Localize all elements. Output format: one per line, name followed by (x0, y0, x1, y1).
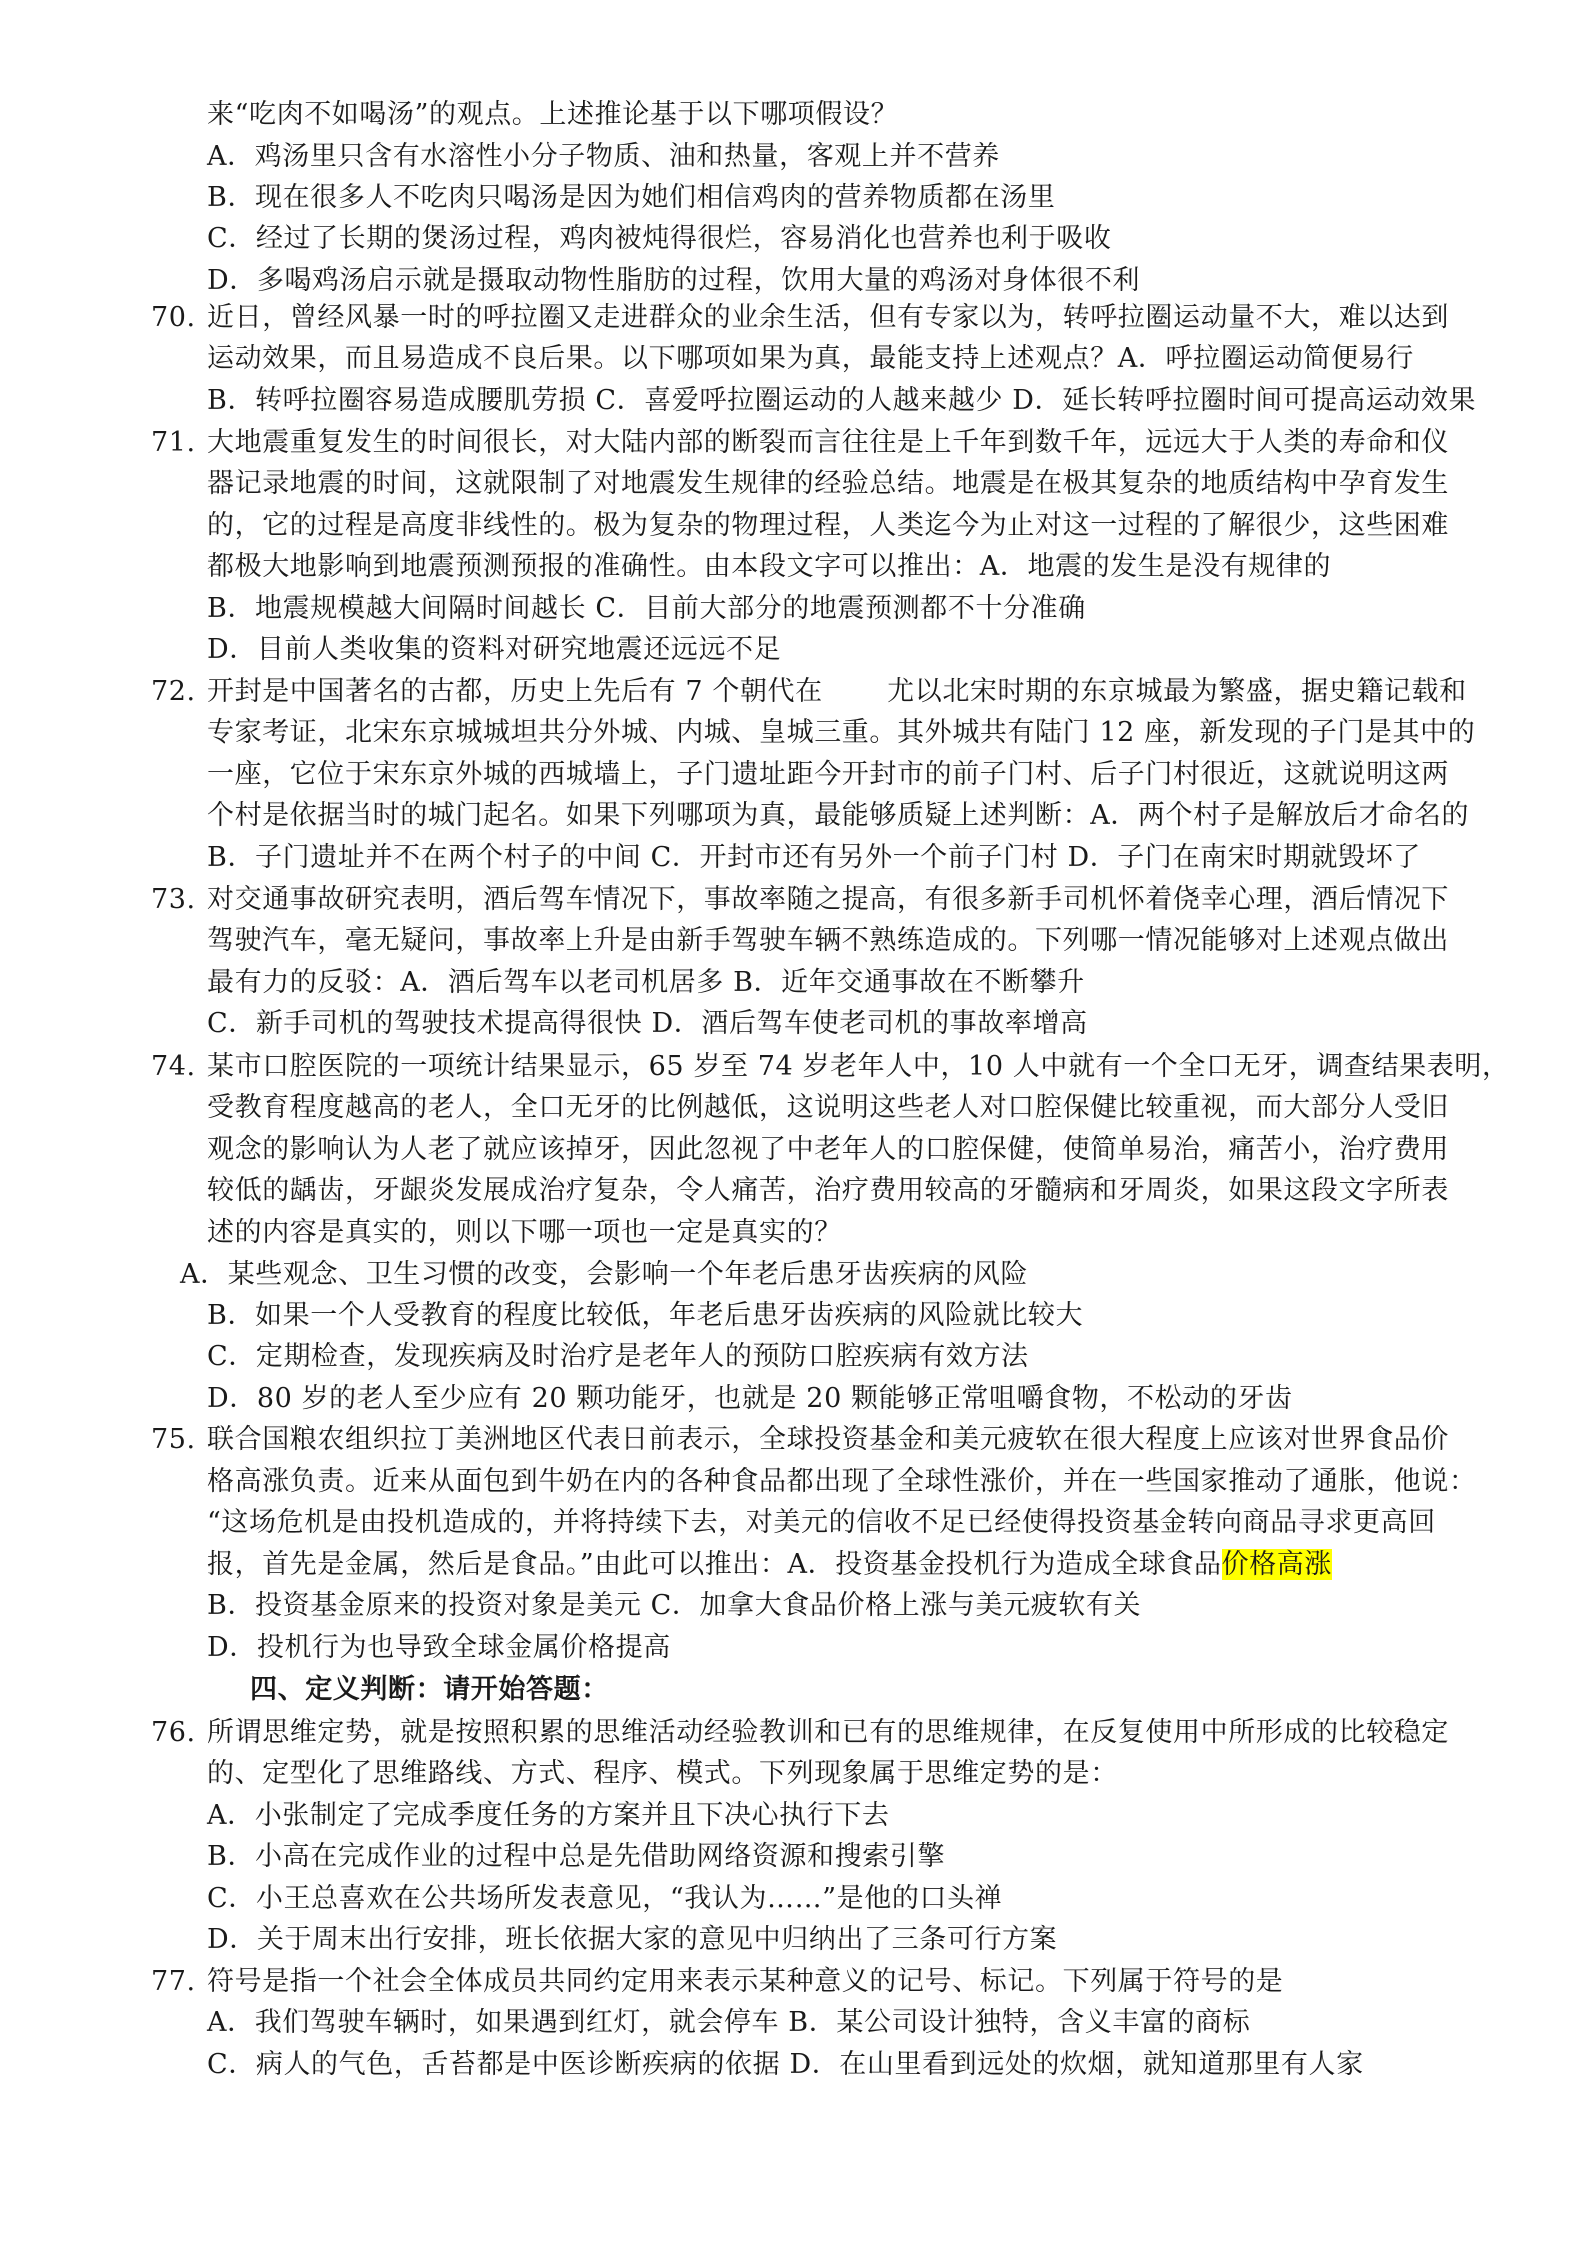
q71-options: B．地震规模越大间隔时间越长 C．目前大部分的地震预测都不十分准确 (207, 592, 1086, 626)
q72-line: 专家考证，北宋东京城城坦共分外城、内城、皇城三重。其外城共有陆门 12 座，新发… (207, 716, 1475, 750)
question-72: 72.开封是中国著名的古都，历史上先后有 7 个朝代在 尤以北宋时期的东京城最为… (151, 675, 1467, 709)
q69-option-b: B．现在很多人不吃肉只喝汤是因为她们相信鸡肉的营养物质都在汤里 (207, 181, 1055, 215)
q74-line: 观念的影响认为人老了就应该掉牙，因此忽视了中老年人的口腔保健，使简单易治，痛苦小… (207, 1133, 1449, 1167)
document-page: 来“吃肉不如喝汤”的观点。上述推论基于以下哪项假设？ A．鸡汤里只含有水溶性小分… (0, 0, 1594, 2252)
q74-line: 某市口腔医院的一项统计结果显示，65 岁至 74 岁老年人中，10 人中就有一个… (207, 1051, 1510, 1082)
q75-line: 联合国粮农组织拉丁美洲地区代表日前表示，全球投资基金和美元疲软在很大程度上应该对… (207, 1424, 1449, 1455)
question-number: 73. (151, 883, 207, 917)
q75-line: 格高涨负责。近来从面包到牛奶在内的各种食品都出现了全球性涨价，并在一些国家推动了… (207, 1465, 1477, 1499)
q72-line: 一座，它位于宋东京外城的西城墙上，子门遗址距今开封市的前子门村、后子门村很近，这… (207, 758, 1449, 792)
q74-option-d: D．80 岁的老人至少应有 20 颗功能牙，也就是 20 颗能够正常咀嚼食物，不… (207, 1382, 1293, 1416)
q72-line: 开封是中国著名的古都，历史上先后有 7 个朝代在 尤以北宋时期的东京城最为繁盛，… (207, 676, 1467, 707)
q74-option-c: C．定期检查，发现疾病及时治疗是老年人的预防口腔疾病有效方法 (207, 1340, 1029, 1374)
question-number: 77. (151, 1965, 207, 1999)
q71-line: 都极大地影响到地震预测预报的准确性。由本段文字可以推出：A．地震的发生是没有规律… (207, 550, 1331, 584)
q75-line: 报，首先是金属，然后是食品。”由此可以推出：A．投资基金投机行为造成全球食品价格… (207, 1548, 1332, 1582)
question-number: 70. (151, 301, 207, 335)
q69-option-c: C．经过了长期的煲汤过程，鸡肉被炖得很烂，容易消化也营养也利于吸收 (207, 222, 1111, 256)
q73-line: 驾驶汽车，毫无疑问，事故率上升是由新手驾驶车辆不熟练造成的。下列哪一情况能够对上… (207, 924, 1449, 958)
q76-line: 所谓思维定势，就是按照积累的思维活动经验教训和已有的思维规律，在反复使用中所形成… (207, 1717, 1449, 1748)
q77-line: 符号是指一个社会全体成员共同约定用来表示某种意义的记号、标记。下列属于符号的是 (207, 1966, 1283, 1997)
question-number: 75. (151, 1423, 207, 1457)
q74-line: 受教育程度越高的老人，全口无牙的比例越低，这说明这些老人对口腔保健比较重视，而大… (207, 1091, 1449, 1125)
q75-line-prefix: 报，首先是金属，然后是食品。”由此可以推出：A．投资基金投机行为造成全球食品 (207, 1549, 1222, 1580)
q75-line: “这场危机是由投机造成的，并将持续下去，对美元的信收不足已经使得投资基金转向商品… (207, 1506, 1436, 1540)
q77-options: A．我们驾驶车辆时，如果遇到红灯，就会停车 B．某公司设计独特，含义丰富的商标 (207, 2006, 1250, 2040)
q76-option-d: D．关于周末出行安排，班长依据大家的意见中归纳出了三条可行方案 (207, 1923, 1057, 1957)
question-74: 74.某市口腔医院的一项统计结果显示，65 岁至 74 岁老年人中，10 人中就… (151, 1050, 1510, 1084)
q69-option-a: A．鸡汤里只含有水溶性小分子物质、油和热量，客观上并不营养 (207, 140, 1000, 174)
q76-line: 的、定型化了思维路线、方式、程序、模式。下列现象属于思维定势的是： (207, 1757, 1118, 1791)
q69-option-d: D．多喝鸡汤启示就是摄取动物性脂肪的过程，饮用大量的鸡汤对身体很不利 (207, 264, 1140, 298)
question-76: 76.所谓思维定势，就是按照积累的思维活动经验教训和已有的思维规律，在反复使用中… (151, 1716, 1449, 1750)
q74-option-a: A．某些观念、卫生习惯的改变，会影响一个年老后患牙齿疾病的风险 (180, 1258, 1028, 1292)
question-73: 73.对交通事故研究表明，酒后驾车情况下，事故率随之提高，有很多新手司机怀着侥幸… (151, 883, 1449, 917)
question-75: 75.联合国粮农组织拉丁美洲地区代表日前表示，全球投资基金和美元疲软在很大程度上… (151, 1423, 1449, 1457)
q74-option-b: B．如果一个人受教育的程度比较低，年老后患牙齿疾病的风险就比较大 (207, 1299, 1083, 1333)
q71-line: 大地震重复发生的时间很长，对大陆内部的断裂而言往往是上千年到数千年，远远大于人类… (207, 427, 1449, 458)
question-number: 72. (151, 675, 207, 709)
q77-options: C．病人的气色，舌苔都是中医诊断疾病的依据 D．在山里看到远处的炊烟，就知道那里… (207, 2048, 1364, 2082)
question-71: 71.大地震重复发生的时间很长，对大陆内部的断裂而言往往是上千年到数千年，远远大… (151, 426, 1449, 460)
q76-option-b: B．小高在完成作业的过程中总是先借助网络资源和搜索引擎 (207, 1840, 945, 1874)
q70-line: 近日，曾经风暴一时的呼拉圈又走进群众的业余生活，但有专家以为，转呼拉圈运动量不大… (207, 302, 1449, 333)
q69-stem-tail: 来“吃肉不如喝汤”的观点。上述推论基于以下哪项假设？ (207, 98, 898, 132)
q73-options: 最有力的反驳：A．酒后驾车以老司机居多 B．近年交通事故在不断攀升 (207, 966, 1085, 1000)
q73-line: 对交通事故研究表明，酒后驾车情况下，事故率随之提高，有很多新手司机怀着侥幸心理，… (207, 884, 1449, 915)
q71-option-d: D．目前人类收集的资料对研究地震还远远不足 (207, 633, 781, 667)
q71-line: 的，它的过程是高度非线性的。极为复杂的物理过程，人类迄今为止对这一过程的了解很少… (207, 509, 1449, 543)
question-77: 77.符号是指一个社会全体成员共同约定用来表示某种意义的记号、标记。下列属于符号… (151, 1965, 1283, 1999)
q76-option-c: C．小王总喜欢在公共场所发表意见，“我认为……”是他的口头禅 (207, 1882, 1002, 1916)
question-number: 71. (151, 426, 207, 460)
q74-line: 述的内容是真实的，则以下哪一项也一定是真实的？ (207, 1216, 842, 1250)
q72-line: 个村是依据当时的城门起名。如果下列哪项为真，最能够质疑上述判断：A．两个村子是解… (207, 799, 1469, 833)
question-70: 70.近日，曾经风暴一时的呼拉圈又走进群众的业余生活，但有专家以为，转呼拉圈运动… (151, 301, 1449, 335)
q76-option-a: A．小张制定了完成季度任务的方案并且下决心执行下去 (207, 1799, 890, 1833)
q75-options: B．投资基金原来的投资对象是美元 C．加拿大食品价格上涨与美元疲软有关 (207, 1589, 1141, 1623)
question-number: 76. (151, 1716, 207, 1750)
q74-line: 较低的龋齿，牙龈炎发展成治疗复杂，令人痛苦，治疗费用较高的牙髓病和牙周炎，如果这… (207, 1174, 1449, 1208)
question-number: 74. (151, 1050, 207, 1084)
q70-options: B．转呼拉圈容易造成腰肌劳损 C．喜爱呼拉圈运动的人越来越少 D．延长转呼拉圈时… (207, 384, 1476, 418)
q70-line: 运动效果，而且易造成不良后果。以下哪项如果为真，最能支持上述观点？A．呼拉圈运动… (207, 342, 1414, 376)
q73-options: C．新手司机的驾驶技术提高得很快 D．酒后驾车使老司机的事故率增高 (207, 1007, 1088, 1041)
section-header: 四、定义判断：请开始答题： (250, 1673, 609, 1707)
q75-option-d: D．投机行为也导致全球金属价格提高 (207, 1631, 671, 1665)
q71-line: 器记录地震的时间，这就限制了对地震发生规律的经验总结。地震是在极其复杂的地质结构… (207, 467, 1449, 501)
highlighted-text: 价格高涨 (1222, 1549, 1332, 1580)
q72-options: B．子门遗址并不在两个村子的中间 C．开封市还有另外一个前子门村 D．子门在南宋… (207, 841, 1421, 875)
